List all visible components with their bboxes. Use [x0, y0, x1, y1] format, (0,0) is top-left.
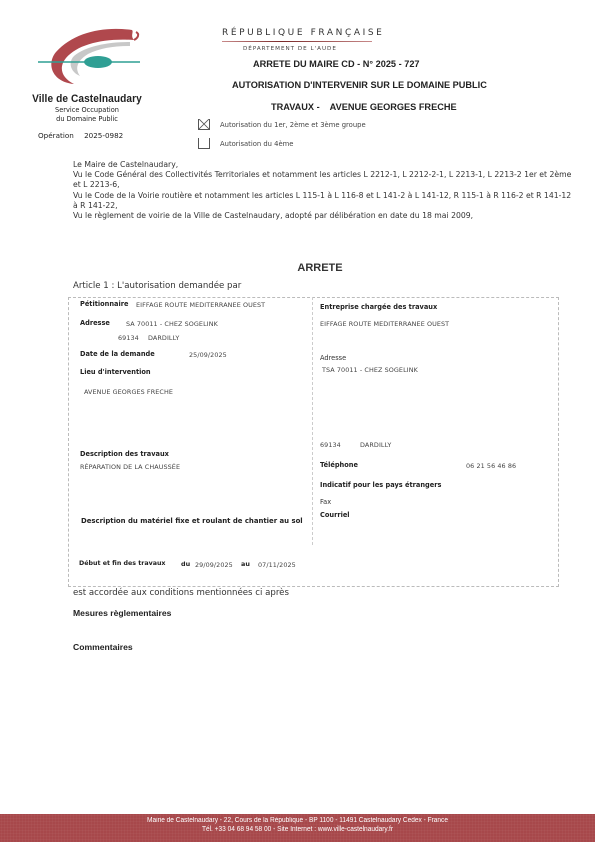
petitionnaire-value: EIFFAGE ROUTE MEDITERRANEE OUEST: [136, 301, 265, 309]
adresse-value: SA 70011 - CHEZ SOGELINK: [126, 320, 218, 328]
entreprise-value: EIFFAGE ROUTE MEDITERRANEE OUEST: [320, 320, 449, 328]
works-location: AVENUE GEORGES FRECHE: [330, 102, 457, 112]
entreprise-adresse-label: Adresse: [320, 354, 346, 362]
service-line-1: Service Occupation: [22, 106, 152, 115]
entreprise-city: DARDILLY: [360, 441, 391, 449]
date-demande-value: 25/09/2025: [189, 351, 227, 359]
checkbox-checked-icon[interactable]: [198, 119, 210, 130]
article-1: Article 1 : L'autorisation demandée par: [73, 281, 241, 291]
du-label: du: [181, 560, 190, 568]
box-divider: [312, 297, 313, 545]
adresse-label: Adresse: [80, 319, 110, 327]
entreprise-adresse-value: TSA 70011 - CHEZ SOGELINK: [322, 366, 418, 374]
departement: DÉPARTEMENT DE L'AUDE: [243, 46, 337, 52]
request-details-box: [68, 297, 559, 587]
checkbox-label: Autorisation du 1er, 2ème et 3ème groupe: [220, 121, 366, 129]
au-label: au: [241, 560, 250, 568]
castelnaudary-logo-icon: [34, 24, 144, 88]
operation-label: Opération: [38, 131, 74, 140]
footer-address: Mairie de Castelnaudary - 22, Cours de l…: [15, 816, 580, 825]
footer-contact: Tél. +33 04 68 94 58 00 - Site Internet …: [15, 825, 580, 834]
description-value: RÉPARATION DE LA CHAUSSÉE: [80, 463, 180, 471]
authorization-title: AUTORISATION D'INTERVENIR SUR LE DOMAINE…: [232, 80, 487, 90]
telephone-value: 06 21 56 46 86: [466, 462, 516, 470]
dates-label: Début et fin des travaux: [79, 560, 166, 567]
checkbox-label: Autorisation du 4ème: [220, 140, 293, 148]
checkbox-groups-1-3[interactable]: Autorisation du 1er, 2ème et 3ème groupe: [198, 119, 366, 130]
works-label: TRAVAUX -: [271, 102, 320, 112]
arrete-number-title: ARRETE DU MAIRE CD - N° 2025 - 727: [253, 59, 420, 69]
preamble-line: Vu le Code de la Voirie routière et nota…: [73, 191, 573, 211]
footer: Mairie de Castelnaudary - 22, Cours de l…: [15, 816, 580, 834]
checkbox-group-4[interactable]: Autorisation du 4ème: [198, 138, 293, 149]
preamble: Le Maire de Castelnaudary, Vu le Code Gé…: [73, 160, 573, 221]
preamble-line: Vu le Code Général des Collectivités Ter…: [73, 170, 573, 190]
courriel-label: Courriel: [320, 511, 350, 519]
telephone-label: Téléphone: [320, 461, 358, 469]
operation-reference: Opération 2025-0982: [38, 131, 131, 140]
works-title: TRAVAUX -AVENUE GEORGES FRECHE: [271, 102, 467, 112]
fax-label: Fax: [320, 498, 331, 506]
republique-francaise: RÉPUBLIQUE FRANÇAISE: [222, 28, 384, 38]
entreprise-label: Entreprise chargée des travaux: [320, 303, 437, 311]
service-line-2: du Domaine Public: [22, 115, 152, 124]
lieu-value: AVENUE GEORGES FRECHE: [84, 388, 173, 396]
lieu-label: Lieu d'intervention: [80, 368, 151, 376]
materiel-label: Description du matériel fixe et roulant …: [81, 517, 303, 525]
arrete-heading: ARRETE: [0, 262, 595, 274]
header-divider: [222, 41, 372, 42]
mesures-heading: Mesures règlementaires: [73, 608, 171, 618]
preamble-line: Vu le règlement de voirie de la Ville de…: [73, 211, 573, 221]
entreprise-postal-code: 69134: [320, 441, 341, 449]
indicatif-label: Indicatif pour les pays étrangers: [320, 481, 441, 489]
postal-code: 69134: [118, 334, 139, 342]
date-demande-label: Date de la demande: [80, 350, 155, 358]
preamble-line: Le Maire de Castelnaudary,: [73, 160, 573, 170]
accordee-text: est accordée aux conditions mentionnées …: [73, 588, 289, 598]
date-debut: 29/09/2025: [195, 561, 233, 569]
city-logo: [34, 24, 144, 88]
commentaires-heading: Commentaires: [73, 642, 133, 652]
date-fin: 07/11/2025: [258, 561, 296, 569]
petitionnaire-label: Pétitionnaire: [80, 300, 128, 308]
city: DARDILLY: [148, 334, 179, 342]
checkbox-unchecked-icon[interactable]: [198, 138, 210, 149]
description-label: Description des travaux: [80, 450, 169, 458]
city-name: Ville de Castelnaudary: [27, 93, 147, 105]
service-name: Service Occupation du Domaine Public: [22, 106, 152, 123]
operation-number: 2025-0982: [84, 131, 123, 140]
